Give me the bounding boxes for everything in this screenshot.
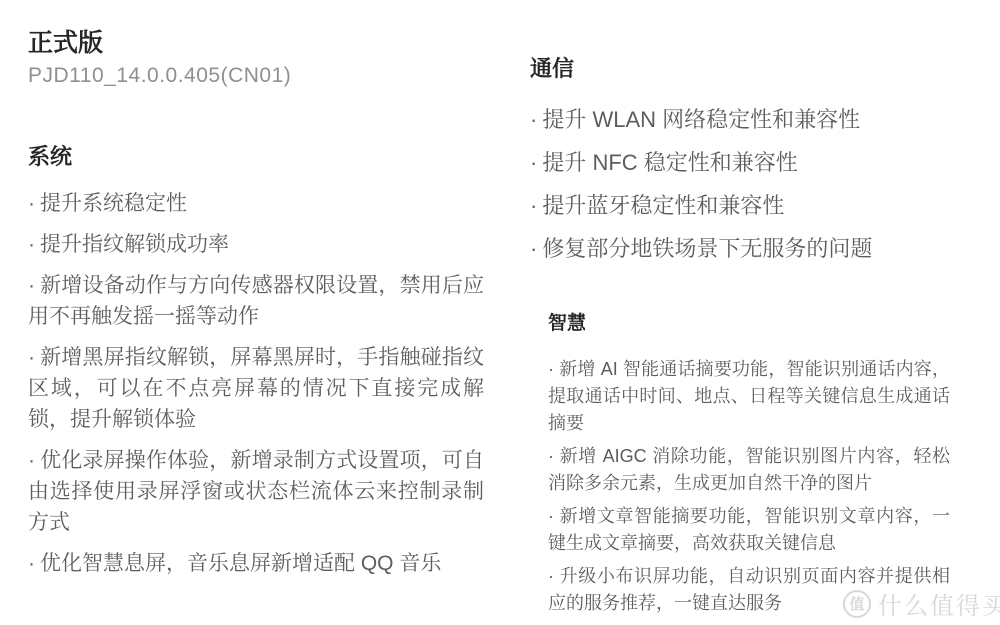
list-item: ·新增设备动作与方向传感器权限设置，禁用后应用不再触发摇一摇等动作 [28, 270, 484, 332]
right-column: 通信 ·提升 WLAN 网络稳定性和兼容性 ·提升 NFC 稳定性和兼容性 ·提… [530, 0, 978, 623]
section-system: ·提升系统稳定性 ·提升指纹解锁成功率 ·新增设备动作与方向传感器权限设置，禁用… [28, 188, 484, 579]
list-item: ·新增黑屏指纹解锁，屏幕黑屏时，手指触碰指纹区域，可以在不点亮屏幕的情况下直接完… [28, 342, 484, 435]
bullet-icon: · [548, 506, 554, 526]
list-item: ·新增文章智能摘要功能，智能识别文章内容，一键生成文章摘要，高效获取关键信息 [548, 503, 950, 557]
list-item: ·修复部分地铁场景下无服务的问题 [530, 233, 978, 265]
item-text: 修复部分地铁场景下无服务的问题 [542, 236, 872, 261]
bullet-icon: · [530, 236, 537, 261]
item-text: 提升系统稳定性 [40, 192, 187, 215]
bullet-icon: · [530, 150, 537, 175]
bullet-icon: · [28, 552, 35, 575]
page-title: 正式版 [28, 28, 484, 59]
list-item: ·提升指纹解锁成功率 [28, 229, 484, 260]
item-text: 新增黑屏指纹解锁，屏幕黑屏时，手指触碰指纹区域，可以在不点亮屏幕的情况下直接完成… [28, 346, 484, 431]
bullet-icon: · [548, 566, 554, 586]
item-text: 新增 AIGC 消除功能，智能识别图片内容，轻松消除多余元素，生成更加自然干净的… [548, 446, 950, 493]
build-number: PJD110_14.0.0.405(CN01) [28, 63, 484, 89]
bullet-icon: · [530, 107, 537, 132]
release-notes-page: 正式版 PJD110_14.0.0.405(CN01) 系统 ·提升系统稳定性 … [0, 0, 1000, 625]
item-text: 优化智慧息屏，音乐息屏新增适配 QQ 音乐 [40, 552, 441, 575]
bullet-icon: · [530, 193, 537, 218]
list-item: ·提升 WLAN 网络稳定性和兼容性 [530, 104, 978, 136]
item-text: 提升 WLAN 网络稳定性和兼容性 [542, 107, 860, 132]
smzdm-logo-icon: 值 [843, 590, 871, 618]
section-communication: ·提升 WLAN 网络稳定性和兼容性 ·提升 NFC 稳定性和兼容性 ·提升蓝牙… [530, 104, 978, 265]
bullet-icon: · [28, 274, 35, 297]
item-text: 新增文章智能摘要功能，智能识别文章内容，一键生成文章摘要，高效获取关键信息 [548, 506, 950, 553]
item-text: 优化录屏操作体验，新增录制方式设置项，可自由选择使用录屏浮窗或状态栏流体云来控制… [28, 449, 484, 534]
list-item: ·提升 NFC 稳定性和兼容性 [530, 147, 978, 179]
list-item: ·提升蓝牙稳定性和兼容性 [530, 190, 978, 222]
list-item: ·提升系统稳定性 [28, 188, 484, 219]
list-item: ·优化智慧息屏，音乐息屏新增适配 QQ 音乐 [28, 548, 484, 579]
smzdm-watermark: 值 什么值得买 [843, 586, 1000, 621]
item-text: 提升指纹解锁成功率 [40, 233, 229, 256]
item-text: 新增 AI 智能通话摘要功能，智能识别通话内容，提取通话中时间、地点、日程等关键… [548, 359, 950, 433]
section-title-communication: 通信 [530, 55, 978, 83]
section-title-system: 系统 [28, 143, 484, 170]
section-title-smart: 智慧 [548, 311, 978, 336]
left-column: 正式版 PJD110_14.0.0.405(CN01) 系统 ·提升系统稳定性 … [28, 0, 484, 589]
item-text: 提升 NFC 稳定性和兼容性 [542, 150, 797, 175]
list-item: ·新增 AIGC 消除功能，智能识别图片内容，轻松消除多余元素，生成更加自然干净… [548, 443, 950, 497]
watermark-text: 什么值得买 [878, 586, 1000, 621]
list-item: ·新增 AI 智能通话摘要功能，智能识别通话内容，提取通话中时间、地点、日程等关… [548, 356, 950, 437]
bullet-icon: · [548, 359, 554, 379]
bullet-icon: · [548, 446, 554, 466]
list-item: ·优化录屏操作体验，新增录制方式设置项，可自由选择使用录屏浮窗或状态栏流体云来控… [28, 445, 484, 538]
item-text: 提升蓝牙稳定性和兼容性 [542, 193, 784, 218]
bullet-icon: · [28, 192, 35, 215]
bullet-icon: · [28, 449, 35, 472]
section-smart: 智慧 ·新增 AI 智能通话摘要功能，智能识别通话内容，提取通话中时间、地点、日… [530, 311, 978, 617]
item-text: 新增设备动作与方向传感器权限设置，禁用后应用不再触发摇一摇等动作 [28, 274, 484, 328]
bullet-icon: · [28, 233, 35, 256]
bullet-icon: · [28, 346, 35, 369]
